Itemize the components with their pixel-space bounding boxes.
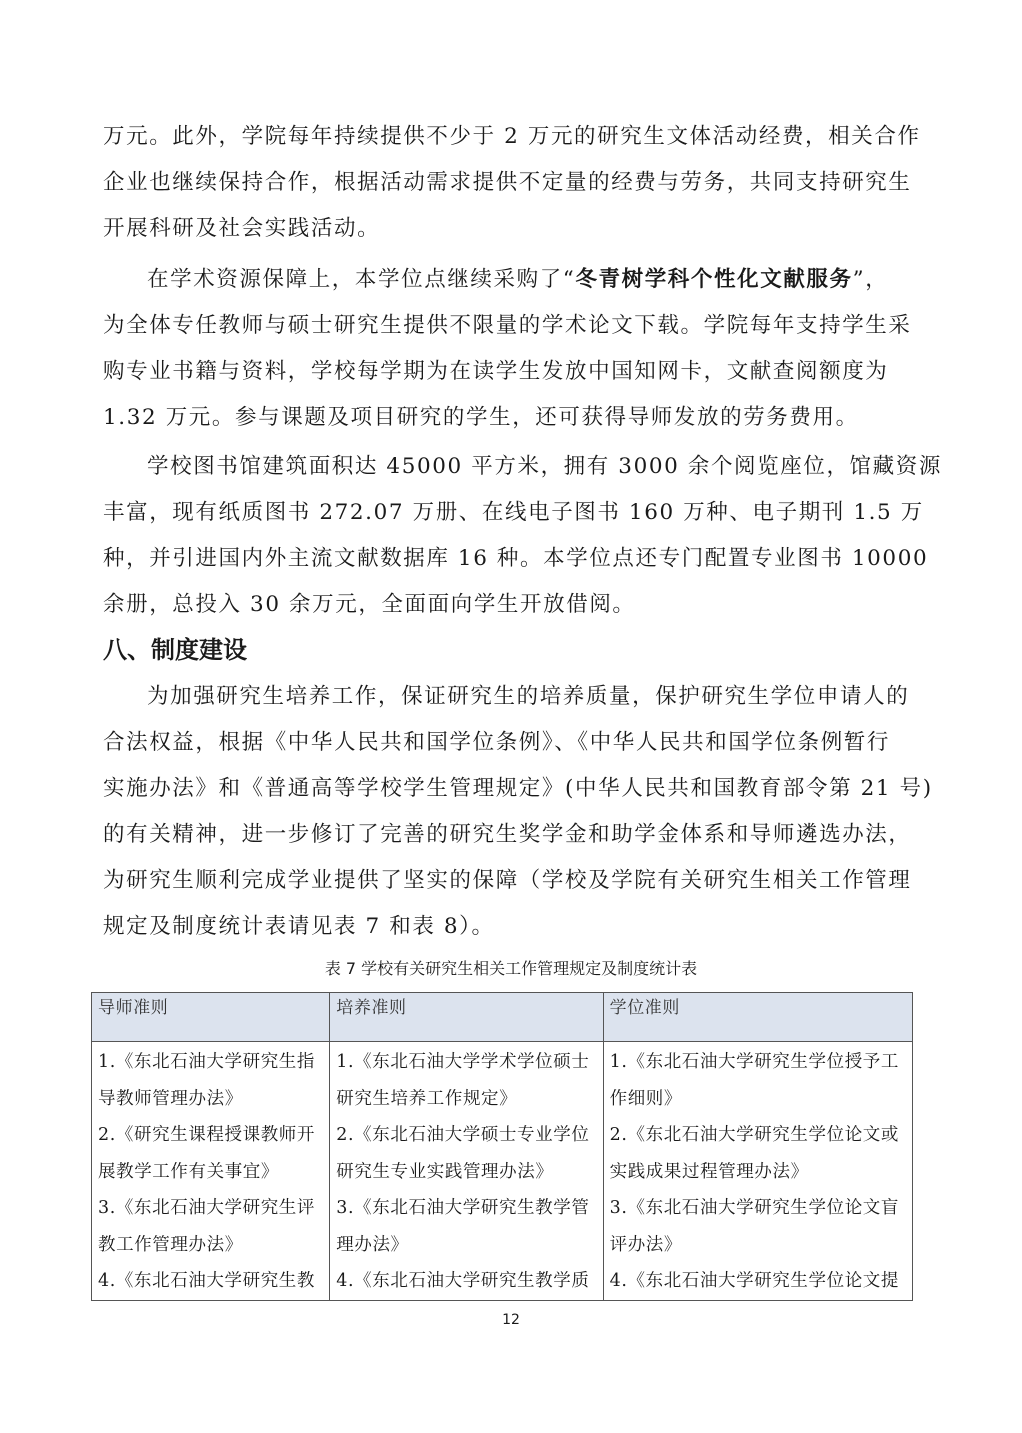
cell-line: 4.《东北石油大学研究生教学质 xyxy=(336,1263,596,1300)
text-segment: ”， xyxy=(853,267,889,292)
paragraph-library: 学校图书馆建筑面积达 45000 平方米，拥有 3000 余个阅览座位，馆藏资源… xyxy=(103,444,921,628)
cell-line: 实践成果过程管理办法》 xyxy=(610,1154,906,1191)
column-header-training: 培养准则 xyxy=(330,993,603,1042)
cell-line: 2.《东北石油大学硕士专业学位 xyxy=(336,1117,596,1154)
text-line: 1.32 万元。参与课题及项目研究的学生，还可获得导师发放的劳务费用。 xyxy=(103,395,921,441)
table-cell-degree: 1.《东北石油大学研究生学位授予工 作细则》 2.《东北石油大学研究生学位论文或… xyxy=(603,1042,912,1301)
text-line: 种，并引进国内外主流文献数据库 16 种。本学位点还专门配置专业图书 10000 xyxy=(103,536,921,582)
text-line: 的有关精神，进一步修订了完善的研究生奖学金和助学金体系和导师遴选办法， xyxy=(103,812,921,858)
document-page: 万元。此外，学院每年持续提供不少于 2 万元的研究生文体活动经费，相关合作 企业… xyxy=(0,0,1022,1433)
text-line: 开展科研及社会实践活动。 xyxy=(103,206,921,252)
paragraph-system-building: 为加强研究生培养工作，保证研究生的培养质量，保护研究生学位申请人的 合法权益，根… xyxy=(103,674,921,950)
cell-line: 理办法》 xyxy=(336,1227,596,1264)
text-line: 丰富，现有纸质图书 272.07 万册、在线电子图书 160 万种、电子期刊 1… xyxy=(103,490,921,536)
cell-line: 研究生培养工作规定》 xyxy=(336,1081,596,1118)
text-line: 在学术资源保障上，本学位点继续采购了“冬青树学科个性化文献服务”， xyxy=(103,257,921,303)
cell-line: 2.《东北石油大学研究生学位论文或 xyxy=(610,1117,906,1154)
text-line: 为研究生顺利完成学业提供了坚实的保障（学校及学院有关研究生相关工作管理 xyxy=(103,858,921,904)
text-line: 实施办法》和《普通高等学校学生管理规定》(中华人民共和国教育部令第 21 号) xyxy=(103,766,921,812)
page-number: 12 xyxy=(0,1312,1022,1328)
cell-line: 评办法》 xyxy=(610,1227,906,1264)
regulations-table: 导师准则 培养准则 学位准则 1.《东北石油大学研究生指 导教师管理办法》 2.… xyxy=(91,992,913,1301)
table-cell-supervisor: 1.《东北石油大学研究生指 导教师管理办法》 2.《研究生课程授课教师开 展教学… xyxy=(92,1042,330,1301)
paragraph-funding: 万元。此外，学院每年持续提供不少于 2 万元的研究生文体活动经费，相关合作 企业… xyxy=(103,114,921,252)
text-line: 合法权益，根据《中华人民共和国学位条例》、《中华人民共和国学位条例暂行 xyxy=(103,720,921,766)
table-header-row: 导师准则 培养准则 学位准则 xyxy=(92,993,913,1042)
text-line: 规定及制度统计表请见表 7 和表 8）。 xyxy=(103,904,921,950)
cell-line: 作细则》 xyxy=(610,1081,906,1118)
cell-line: 3.《东北石油大学研究生教学管 xyxy=(336,1190,596,1227)
text-line: 为加强研究生培养工作，保证研究生的培养质量，保护研究生学位申请人的 xyxy=(103,674,921,720)
cell-line: 研究生专业实践管理办法》 xyxy=(336,1154,596,1191)
column-header-supervisor: 导师准则 xyxy=(92,993,330,1042)
cell-line: 2.《研究生课程授课教师开 xyxy=(98,1117,323,1154)
cell-line: 导教师管理办法》 xyxy=(98,1081,323,1118)
table-caption: 表 7 学校有关研究生相关工作管理规定及制度统计表 xyxy=(0,956,1022,982)
text-line: 为全体专任教师与硕士研究生提供不限量的学术论文下载。学院每年支持学生采 xyxy=(103,303,921,349)
cell-line: 1.《东北石油大学学术学位硕士 xyxy=(336,1044,596,1081)
cell-line: 4.《东北石油大学研究生教 xyxy=(98,1263,323,1300)
table-cell-training: 1.《东北石油大学学术学位硕士 研究生培养工作规定》 2.《东北石油大学硕士专业… xyxy=(330,1042,603,1301)
text-line: 余册，总投入 30 余万元，全面面向学生开放借阅。 xyxy=(103,582,921,628)
cell-line: 1.《东北石油大学研究生指 xyxy=(98,1044,323,1081)
text-line: 企业也继续保持合作，根据活动需求提供不定量的经费与劳务，共同支持研究生 xyxy=(103,160,921,206)
text-line: 学校图书馆建筑面积达 45000 平方米，拥有 3000 余个阅览座位，馆藏资源 xyxy=(103,444,921,490)
text-line: 购专业书籍与资料，学校每学期为在读学生发放中国知网卡，文献查阅额度为 xyxy=(103,349,921,395)
cell-line: 4.《东北石油大学研究生学位论文提 xyxy=(610,1263,906,1300)
section-heading: 八、制度建设 xyxy=(103,630,247,670)
cell-line: 3.《东北石油大学研究生评 xyxy=(98,1190,323,1227)
table-row: 1.《东北石油大学研究生指 导教师管理办法》 2.《研究生课程授课教师开 展教学… xyxy=(92,1042,913,1301)
text-segment: 在学术资源保障上，本学位点继续采购了“ xyxy=(147,267,575,292)
cell-line: 3.《东北石油大学研究生学位论文盲 xyxy=(610,1190,906,1227)
paragraph-academic-resources: 在学术资源保障上，本学位点继续采购了“冬青树学科个性化文献服务”， 为全体专任教… xyxy=(103,257,921,441)
column-header-degree: 学位准则 xyxy=(603,993,912,1042)
cell-line: 展教学工作有关事宜》 xyxy=(98,1154,323,1191)
highlighted-service-name: 冬青树学科个性化文献服务 xyxy=(575,267,852,292)
cell-line: 教工作管理办法》 xyxy=(98,1227,323,1264)
text-line: 万元。此外，学院每年持续提供不少于 2 万元的研究生文体活动经费，相关合作 xyxy=(103,114,921,160)
cell-line: 1.《东北石油大学研究生学位授予工 xyxy=(610,1044,906,1081)
